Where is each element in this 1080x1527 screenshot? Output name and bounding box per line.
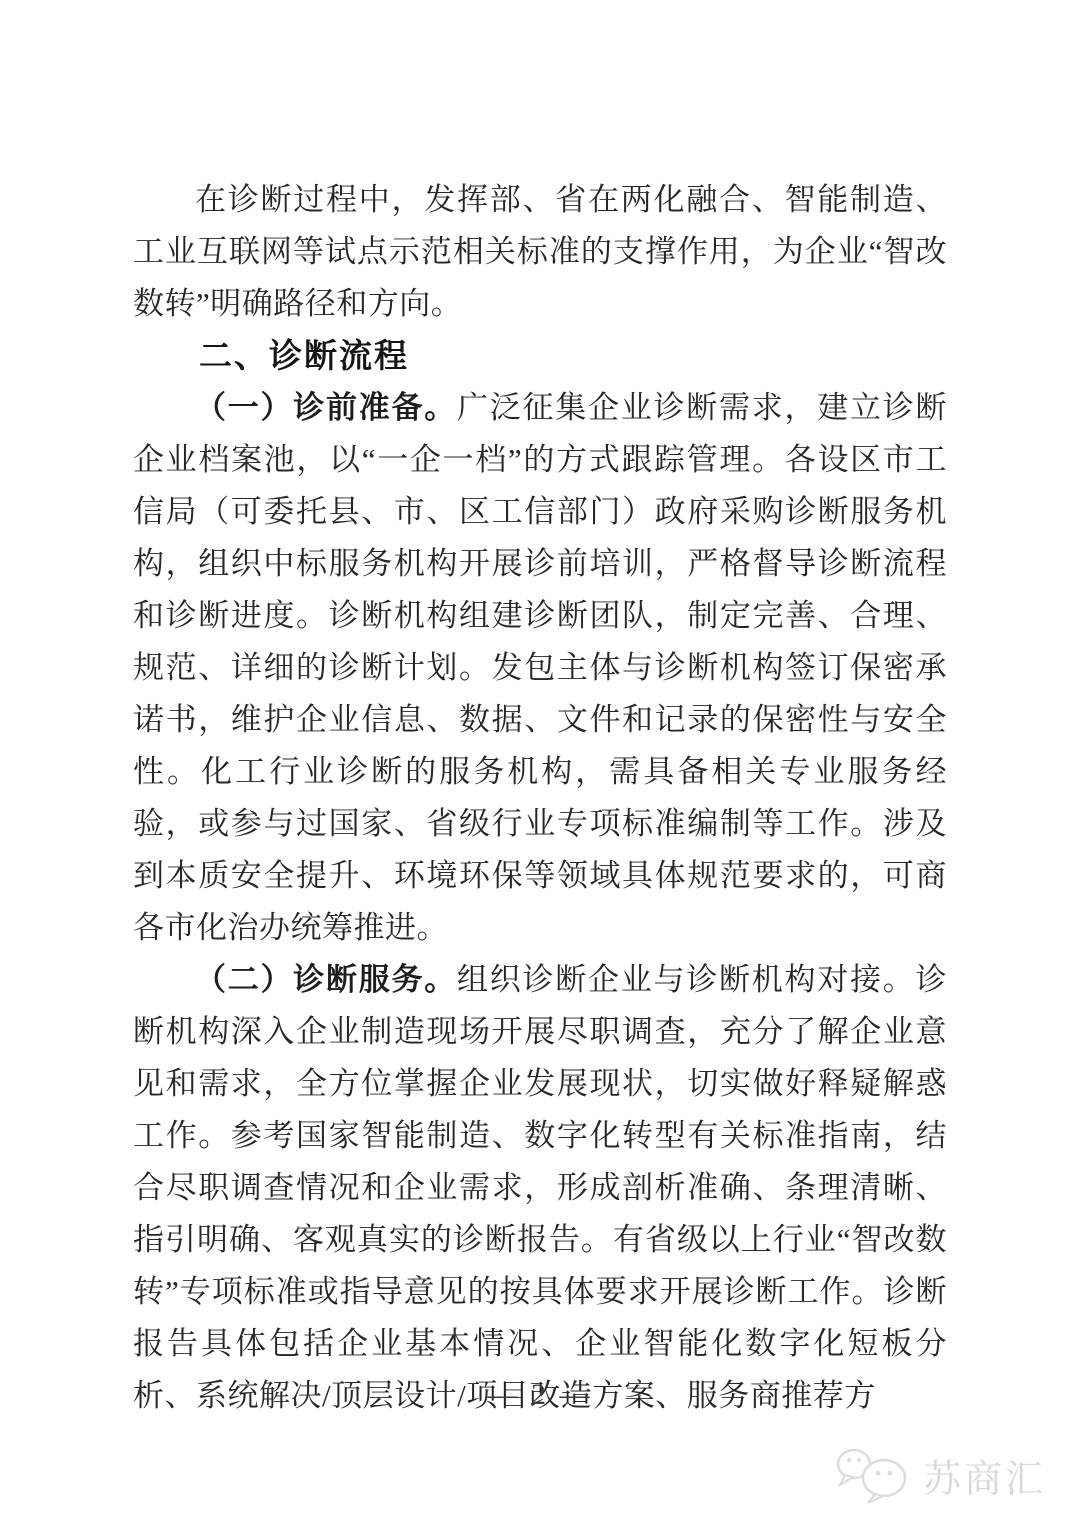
wechat-chat-bubbles-icon <box>833 1445 913 1505</box>
paragraph-text: 广泛征集企业诊断需求，建立诊断企业档案池，以“一企一档”的方式跟踪管理。各设区市… <box>133 390 947 945</box>
watermark: 苏商汇 <box>833 1445 1046 1505</box>
document-body: 在诊断过程中，发挥部、省在两化融合、智能制造、工业互联网等试点示范相关标准的支撑… <box>133 174 947 1422</box>
section-heading: 二、诊断流程 <box>133 330 947 382</box>
page-number: — 2 — <box>0 1378 1080 1412</box>
paragraph: 在诊断过程中，发挥部、省在两化融合、智能制造、工业互联网等试点示范相关标准的支撑… <box>133 174 947 330</box>
paragraph: （一）诊前准备。广泛征集企业诊断需求，建立诊断企业档案池，以“一企一档”的方式跟… <box>133 382 947 954</box>
watermark-label: 苏商汇 <box>923 1448 1046 1503</box>
document-page: 在诊断过程中，发挥部、省在两化融合、智能制造、工业互联网等试点示范相关标准的支撑… <box>0 0 1080 1527</box>
paragraph-text: 在诊断过程中，发挥部、省在两化融合、智能制造、工业互联网等试点示范相关标准的支撑… <box>133 182 947 321</box>
paragraph-text: 组织诊断企业与诊断机构对接。诊断机构深入企业制造现场开展尽职调查，充分了解企业意… <box>133 962 947 1413</box>
paragraph: （二）诊断服务。组织诊断企业与诊断机构对接。诊断机构深入企业制造现场开展尽职调查… <box>133 954 947 1422</box>
paragraph-lead: （一）诊前准备。 <box>195 390 457 425</box>
paragraph-lead: （二）诊断服务。 <box>195 962 457 997</box>
